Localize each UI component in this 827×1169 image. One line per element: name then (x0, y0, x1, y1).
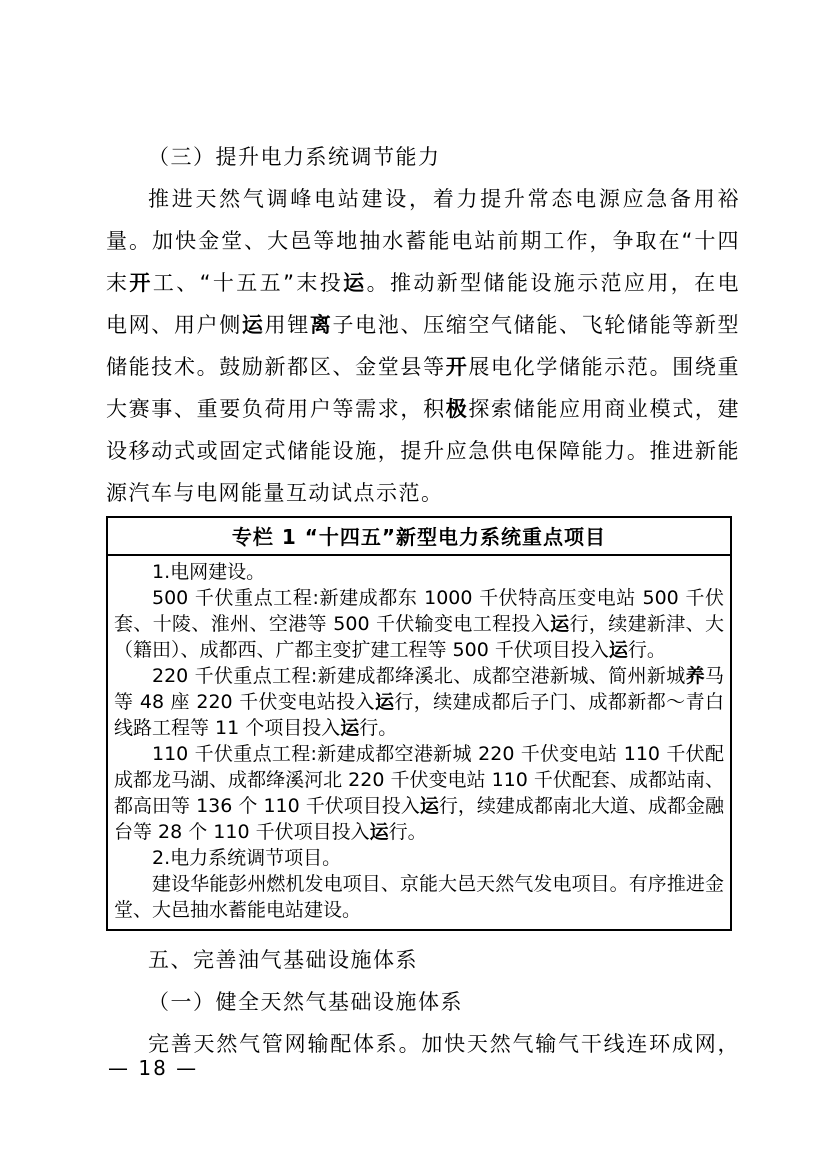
document-content: （三）提升电力系统调节能力 推进天然气调峰电站建设，着力提升常态电源应急备用裕量… (106, 136, 740, 1065)
text-line: 量。加快金堂、大邑等地抽水蓄能电站前期工作，争取在“十四五” (106, 220, 740, 262)
section-heading-2: （一）健全天然气基础设施体系 (106, 981, 740, 1023)
paragraph-storage-capacity: 推进天然气调峰电站建设，着力提升常态电源应急备用裕量。加快金堂、大邑等地抽水蓄能… (106, 178, 740, 514)
text-line: 建设华能彭州燃机发电项目、京能大邑天然气发电项目。有序推进金 (114, 871, 724, 897)
text-line: 堂、大邑抽水蓄能电站建设。 (114, 897, 724, 923)
text-line: 2.电力系统调节项目。 (114, 845, 724, 871)
text-line: 线路工程等 11 个项目投入运行。 (114, 715, 724, 741)
text-line: 成都龙马湖、成都绛溪河北 220 千伏变电站 110 千伏配套、成都站南、成 (114, 767, 724, 793)
text-line: 都高田等 136 个 110 千伏项目投入运行，续建成都南北大道、成都金融后 (114, 793, 724, 819)
text-line: 大赛事、重要负荷用户等需求，积极探索储能应用商业模式，建 (106, 388, 740, 430)
text-line: 等 48 座 220 千伏变电站投入运行，续建成都后子门、成都新都～青白江 (114, 689, 724, 715)
section-heading-3: （三）提升电力系统调节能力 (106, 136, 740, 178)
text-line: 储能技术。鼓励新都区、金堂县等开展电化学储能示范。围绕重 (106, 346, 740, 388)
section-heading-1: 五、完善油气基础设施体系 (106, 939, 740, 981)
page-number: — 18 — (108, 1056, 198, 1080)
paragraph-gas-network: 完善天然气管网输配体系。加快天然气输气干线连环成网， (106, 1023, 740, 1065)
text-line: 500 千伏重点工程:新建成都东 1000 千伏特高压变电站 500 千伏配 (114, 585, 724, 611)
text-line: 完善天然气管网输配体系。加快天然气输气干线连环成网， (106, 1023, 740, 1065)
column-box: 专栏 1 “十四五”新型电力系统重点项目 1.电网建设。500 千伏重点工程:新… (106, 516, 732, 931)
text-line: （籍田）、成都西、广都主变扩建工程等 500 千伏项目投入运行。 (114, 637, 724, 663)
column-box-title: 专栏 1 “十四五”新型电力系统重点项目 (108, 518, 730, 556)
column-box-body: 1.电网建设。500 千伏重点工程:新建成都东 1000 千伏特高压变电站 50… (108, 556, 730, 929)
document-page: （三）提升电力系统调节能力 推进天然气调峰电站建设，着力提升常态电源应急备用裕量… (0, 0, 827, 1169)
text-line: 源汽车与电网能量互动试点示范。 (106, 472, 740, 514)
text-line: 1.电网建设。 (114, 559, 724, 585)
text-line: 110 千伏重点工程:新建成都空港新城 220 千伏变电站 110 千伏配套、 (114, 741, 724, 767)
text-line: 套、十陵、淮州、空港等 500 千伏输变电工程投入运行，续建新津、大林 (114, 611, 724, 637)
text-line: 220 千伏重点工程:新建成都绛溪北、成都空港新城、简州新城养马 (114, 663, 724, 689)
text-line: 设移动式或固定式储能设施，提升应急供电保障能力。推进新能 (106, 430, 740, 472)
text-line: 电网、用户侧运用锂离子电池、压缩空气储能、飞轮储能等新型 (106, 304, 740, 346)
text-line: 推进天然气调峰电站建设，着力提升常态电源应急备用裕 (106, 178, 740, 220)
text-line: 末开工、“十五五”末投运。推动新型储能设施示范应用，在电源、 (106, 262, 740, 304)
text-line: 台等 28 个 110 千伏项目投入运行。 (114, 819, 724, 845)
